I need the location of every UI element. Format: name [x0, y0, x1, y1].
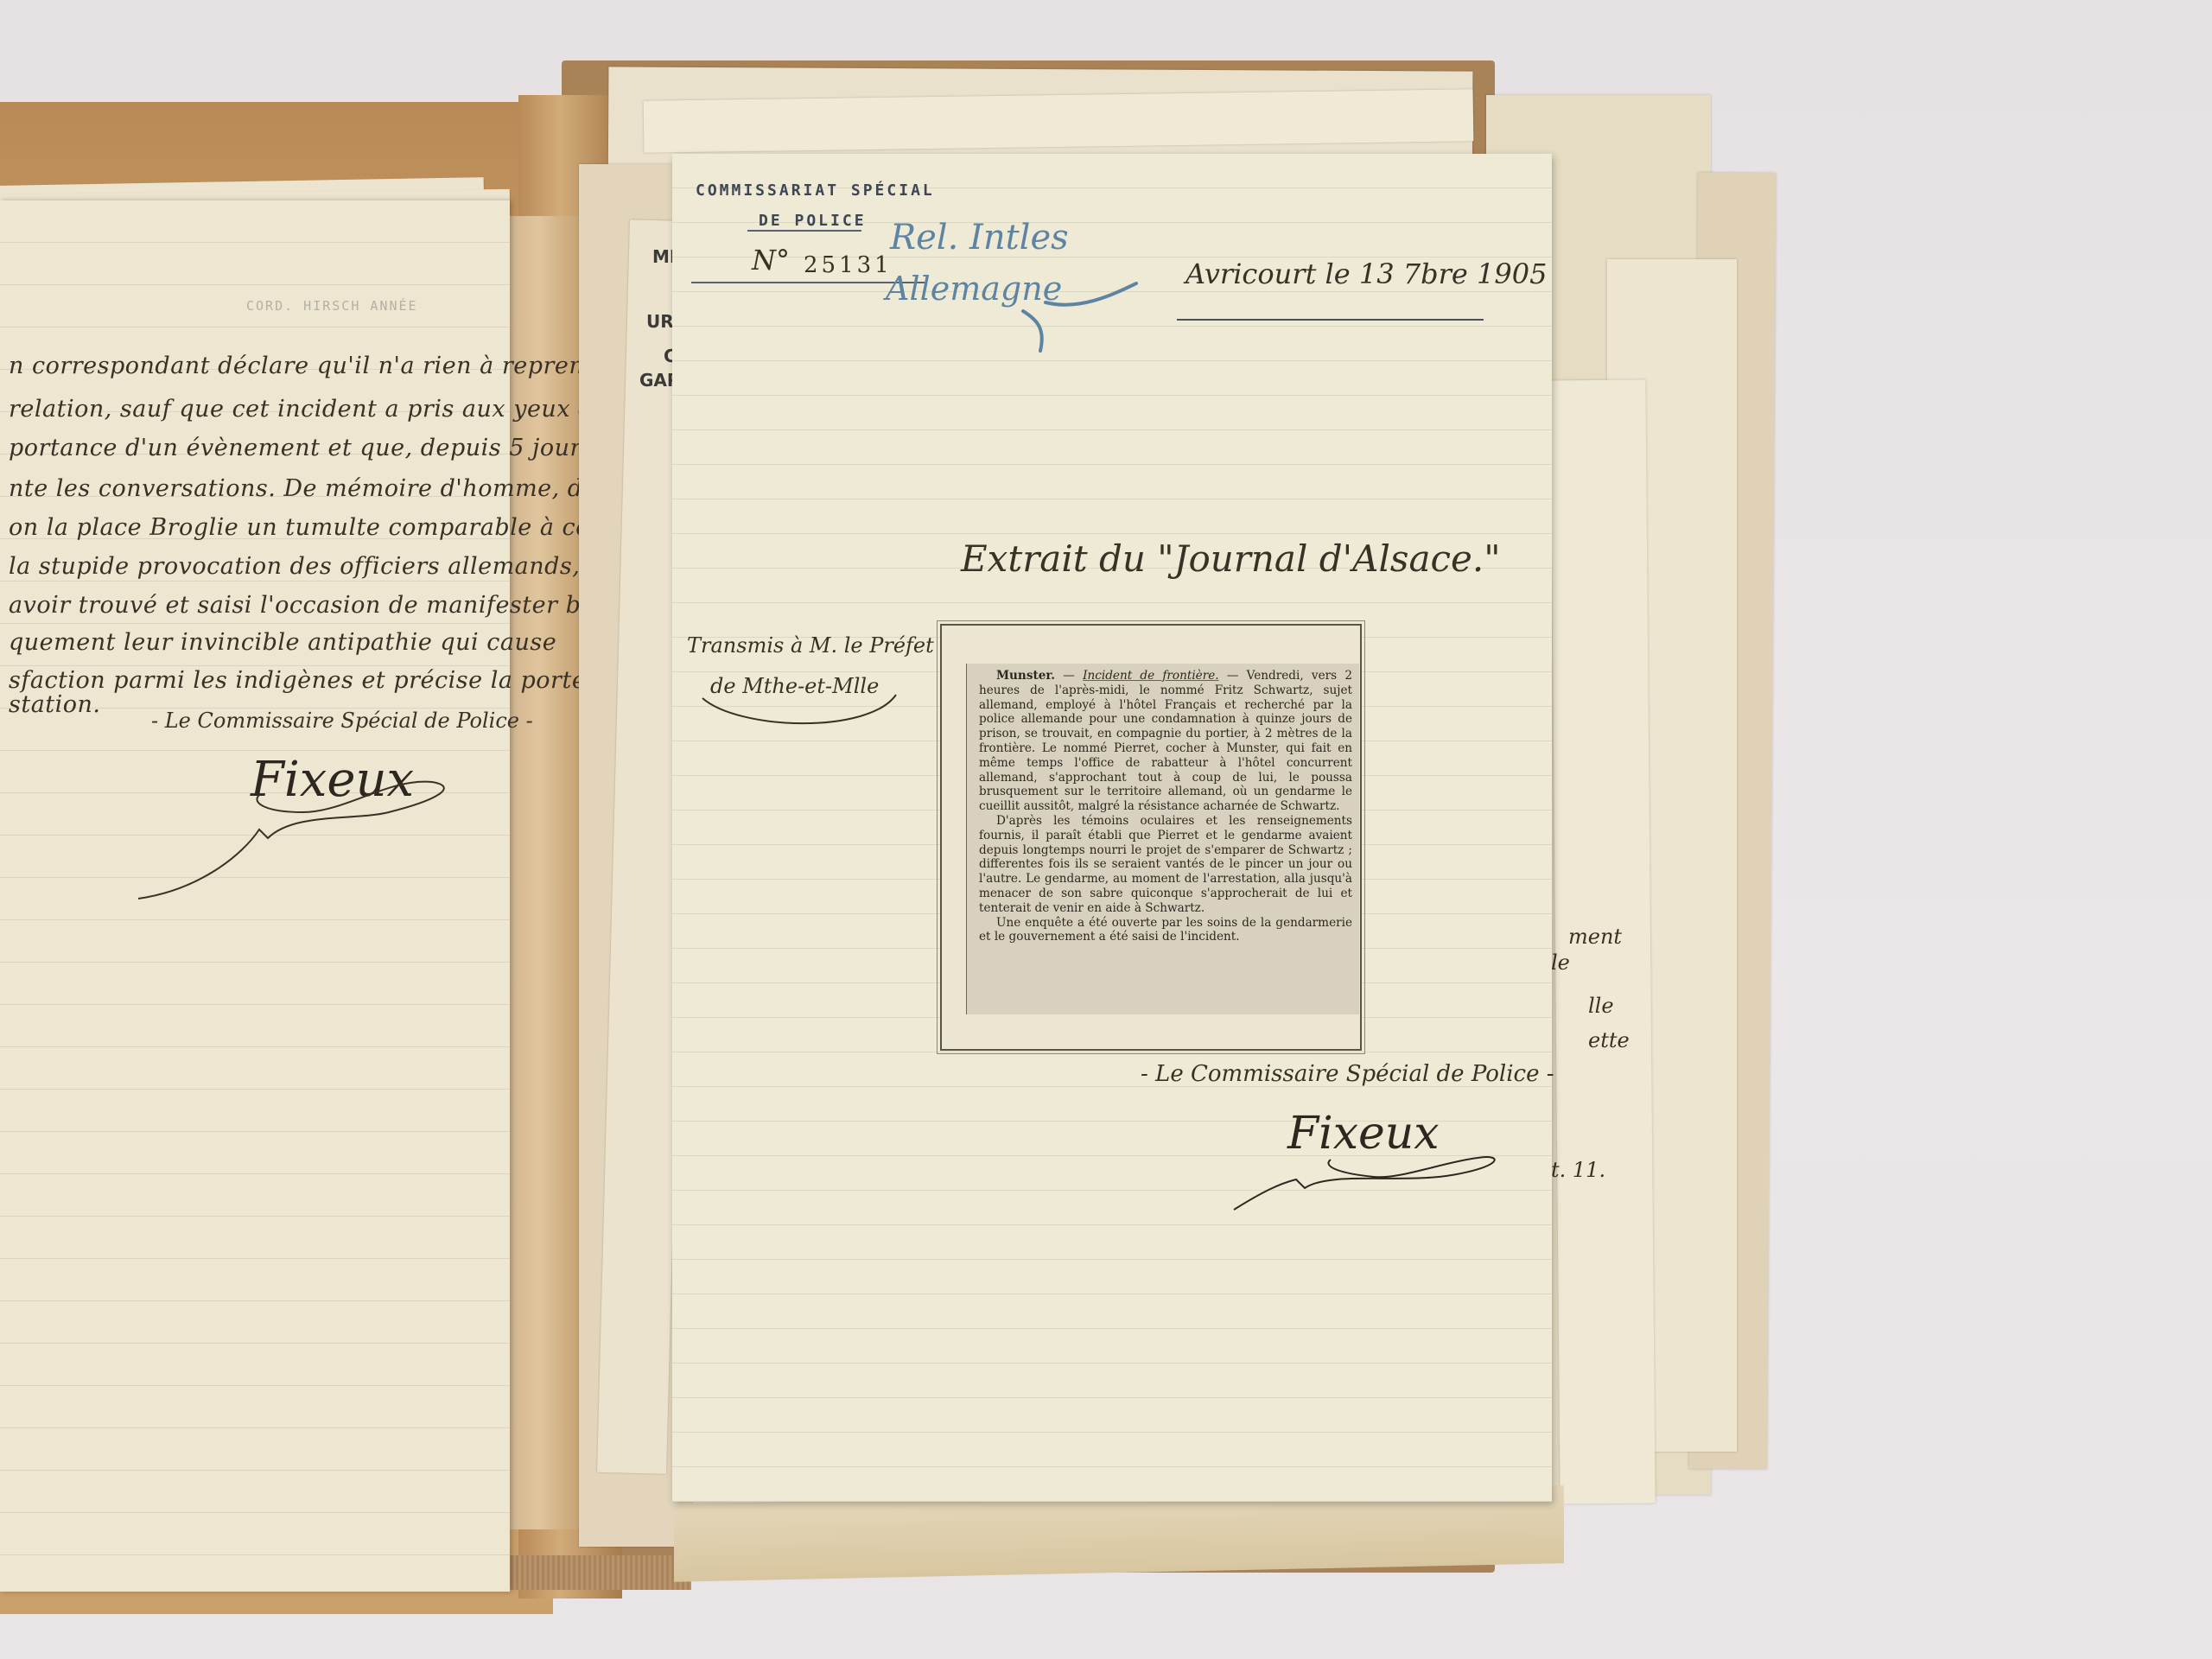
left-text-line: n correspondant déclare qu'il n'a rien à… — [9, 353, 657, 379]
blue-annotation-line1: Rel. Intles — [890, 218, 1069, 257]
margin-fragment: ment — [1568, 925, 1622, 949]
left-signature-flourish — [130, 778, 475, 916]
date-rule — [1177, 319, 1484, 321]
margin-fragment: le — [1551, 950, 1570, 975]
left-faint-stamp: CORD. HIRSCH ANNÉE — [246, 298, 418, 314]
left-text-line: portance d'un évènement et que, depuis 5… — [9, 435, 626, 461]
number-label: N° — [752, 244, 790, 276]
left-text-line: quement leur invincible antipathie qui c… — [9, 629, 556, 656]
clipping-paragraph-2: D'après les témoins oculaires et les ren… — [979, 814, 1352, 916]
margin-fragment: ette — [1588, 1028, 1630, 1052]
left-text-line: on la place Broglie un tumulte comparabl… — [9, 514, 621, 541]
main-signature-flourish — [1227, 1123, 1512, 1218]
margin-fragment: lle — [1588, 994, 1614, 1018]
blue-ink-stroke — [1020, 276, 1141, 354]
left-text-line: avoir trouvé et saisi l'occasion de mani… — [9, 592, 667, 619]
clipping-lead: Munster. — [996, 669, 1055, 683]
margin-fragment: t. 11. — [1551, 1158, 1605, 1182]
margin-note-line1: Transmis à M. le Préfet — [687, 633, 934, 658]
report-number: 25131 — [804, 252, 893, 278]
margin-note-bracket — [696, 691, 903, 743]
newspaper-clipping: Munster. — Incident de frontière. — Vend… — [966, 664, 1359, 1014]
stamp-de-police: DE POLICE — [759, 212, 867, 230]
main-signature-title: - Le Commissaire Spécial de Police - — [1141, 1061, 1554, 1087]
clipping-subtitle: Incident de frontière. — [1083, 669, 1218, 683]
left-text-line: sfaction parmi les indigènes et précise … — [9, 667, 601, 694]
left-text-line: relation, sauf que cet incident a pris a… — [9, 396, 607, 423]
left-text-line: nte les conversations. De mémoire d'homm… — [9, 475, 632, 502]
left-text-line: la stupide provocation des officiers all… — [9, 553, 612, 580]
left-signature-title: - Le Commissaire Spécial de Police - — [151, 709, 533, 733]
left-text-line: station. — [9, 691, 101, 718]
clipping-paragraph-1: — Vendredi, vers 2 heures de l'après-mid… — [979, 669, 1352, 813]
clipping-paragraph-3: Une enquête a été ouverte par les soins … — [979, 916, 1352, 945]
stamp-commissariat: COMMISSARIAT SPÉCIAL — [696, 181, 935, 200]
clipping-dash: — — [1055, 669, 1083, 683]
place-date: Avricourt le 13 7bre 1905 — [1185, 257, 1547, 290]
extract-heading: Extrait du "Journal d'Alsace." — [961, 537, 1501, 580]
stamp-underline — [747, 230, 861, 232]
